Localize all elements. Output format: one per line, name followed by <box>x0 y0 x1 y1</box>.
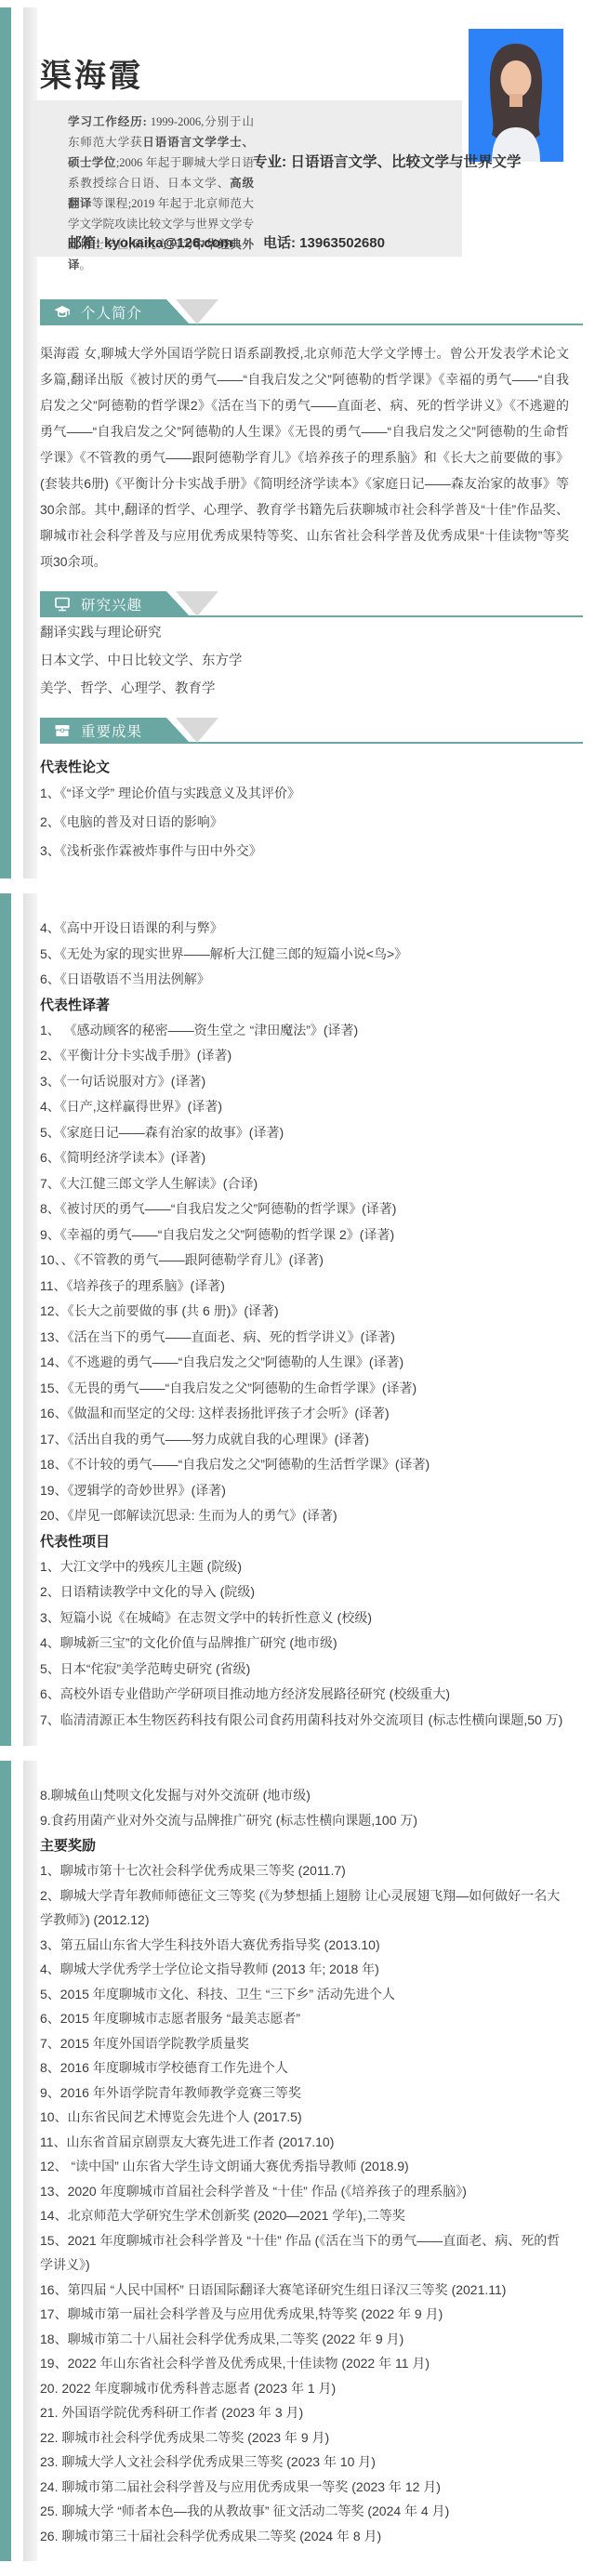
major-label: 专业: <box>253 154 286 170</box>
list-item: 20、《岸见一郎解读沉思录: 生而为人的勇气》(译著) <box>40 1503 569 1529</box>
list-item: 8、2016 年度聊城市学校德育工作先进个人 <box>40 2055 569 2081</box>
list-item: 14、北京师范大学研究生学术创新奖 (2020—2021 学年),二等奖 <box>40 2203 569 2228</box>
list-item: 26. 聊城市第三十届社会科学优秀成果二等奖 (2024 年 8 月) <box>40 2524 569 2549</box>
list-item: 14、《不逃避的勇气——“自我启发之父”阿德勒的人生课》(译著) <box>40 1350 569 1376</box>
list-item: 6、高校外语专业借助产学研项目推动地方经济发展路径研究 (校级重大) <box>40 1682 569 1708</box>
list-item: 4、聊城新三宝”的文化价值与品牌推广研究 (地市级) <box>40 1631 569 1657</box>
list-item: 4、《日产,这样赢得世界》(译著) <box>40 1094 569 1120</box>
list-item: 5、2015 年度聊城市文化、科技、卫生 “三下乡” 活动先进个人 <box>40 1982 569 2007</box>
projects-heading: 代表性项目 <box>40 1529 569 1554</box>
email-value: kyokaika@126.com <box>100 235 232 251</box>
page-edge-shadow <box>23 893 37 1746</box>
list-item: 美学、哲学、心理学、教育学 <box>40 675 569 703</box>
list-item: 5、日本“侘寂”美学范畴史研究 (省级) <box>40 1657 569 1683</box>
list-item: 1、大江文学中的残疾儿主题 (院级) <box>40 1554 569 1580</box>
section-header-interests: 研究兴趣 <box>40 591 569 619</box>
phone-field: 电话: 13963502680 <box>263 232 385 252</box>
list-item: 6、《日语敬语不当用法例解》 <box>40 967 569 993</box>
projects-list-page3: 8.聊城鱼山梵呗文化发掘与对外交流研 (地市级)9.食药用菌产业对外交流与品牌推… <box>40 1783 569 1833</box>
list-item: 5、《无处为家的现实世界——解析大江健三郎的短篇小说<鸟>》 <box>40 942 569 968</box>
briefcase-icon <box>53 721 72 740</box>
section-title: 研究兴趣 <box>81 594 142 614</box>
list-item: 7、2015 年度外国语学院教学质量奖 <box>40 2031 569 2056</box>
list-item: 6、2015 年度聊城市志愿者服务 “最美志愿者” <box>40 2006 569 2031</box>
list-item: 2、聊城大学青年教师师德征文三等奖 (《为梦想插上翅膀 让心灵展翅飞翔—如何做好… <box>40 1883 569 1933</box>
section-ribbon: 个人简介 <box>40 299 191 325</box>
list-item: 3、《一句话说服对方》(译著) <box>40 1069 569 1095</box>
list-item: 8.聊城鱼山梵呗文化发掘与对外交流研 (地市级) <box>40 1783 569 1808</box>
list-item: 7、《大江健三郎文学人生解读》(合译) <box>40 1171 569 1197</box>
papers-heading: 代表性论文 <box>40 757 569 779</box>
list-item: 11、山东省首届京剧票友大赛先进工作者 (2017.10) <box>40 2130 569 2155</box>
list-item: 22. 聊城市社会科学优秀成果二等奖 (2023 年 9 月) <box>40 2425 569 2451</box>
list-item: 21. 外国语学院优秀科研工作者 (2023 年 3 月) <box>40 2400 569 2425</box>
section-header-achievements: 重要成果 <box>40 718 569 746</box>
page-3: 8.聊城鱼山梵呗文化发掘与对外交流研 (地市级)9.食药用菌产业对外交流与品牌推… <box>23 1761 595 2561</box>
papers-list-page2: 4、《高中开设日语课的利与弊》5、《无处为家的现实世界——解析大江健三郎的短篇小… <box>40 916 569 993</box>
phone-label: 电话: <box>263 235 296 251</box>
email-field: 邮箱: kyokaika@126.com <box>68 232 232 252</box>
list-item: 18、聊城市第二十八届社会科学优秀成果,二等奖 (2022 年 9 月) <box>40 2327 569 2352</box>
list-item: 11、《培养孩子的理系脑》(译著) <box>40 1274 569 1300</box>
list-item: 8、《被讨厌的勇气——“自我启发之父”阿德勒的哲学课》(译著) <box>40 1196 569 1222</box>
phone-value: 13963502680 <box>296 235 385 251</box>
left-accent-bar <box>0 893 11 1746</box>
major-value: 日语语言文学、比较文学与世界文学 <box>286 154 521 170</box>
list-item: 19、2022 年山东省社会科学普及优秀成果,十佳读物 (2022 年 11 月… <box>40 2351 569 2376</box>
awards-heading: 主要奖励 <box>40 1833 569 1858</box>
translations-heading: 代表性译著 <box>40 993 569 1018</box>
list-item: 1、 《感动顾客的秘密——资生堂之 “津田魔法”》(译著) <box>40 1018 569 1044</box>
section-title: 重要成果 <box>81 720 142 741</box>
list-item: 19、《逻辑学的奇妙世界》(译著) <box>40 1478 569 1504</box>
list-item: 9、2016 年外语学院青年教师教学竞赛三等奖 <box>40 2081 569 2106</box>
list-item: 17、聊城市第一届社会科学普及与应用优秀成果,特等奖 (2022 年 9 月) <box>40 2302 569 2327</box>
major-field: 专业: 日语语言文学、比较文学与世界文学 <box>253 151 524 174</box>
translations-list: 1、 《感动顾客的秘密——资生堂之 “津田魔法”》(译著)2、《平衡计分卡实战手… <box>40 1018 569 1529</box>
list-item: 18、《不计较的勇气——“自我启发之父”阿德勒的生活哲学课》(译著) <box>40 1452 569 1478</box>
list-item: 16、第四届 “人民中国杯” 日语国际翻译大赛笔译研究生组日译汉三等奖 (202… <box>40 2278 569 2303</box>
list-item: 13、《活在当下的勇气——直面老、病、死的哲学讲义》(译著) <box>40 1325 569 1351</box>
list-item: 10、山东省民间艺术博览会先进个人 (2017.5) <box>40 2105 569 2130</box>
left-accent-bar <box>0 1761 11 2561</box>
page-1: 渠海霞 学习工作经历: 1999-2006,分别于山东师范大学获日语语言文学学士… <box>23 7 595 878</box>
list-item: 3、短篇小说《在城崎》在志贺文学中的转折性意义 (校级) <box>40 1605 569 1631</box>
email-label: 邮箱: <box>68 235 100 251</box>
interests-list: 翻译实践与理论研究日本文学、中日比较文学、东方学美学、哲学、心理学、教育学 <box>40 619 569 703</box>
section-title: 个人简介 <box>81 302 142 323</box>
projects-list-page2: 1、大江文学中的残疾儿主题 (院级)2、日语精读教学中文化的导入 (院级)3、短… <box>40 1554 569 1734</box>
awards-list: 1、聊城市第十七次社会科学优秀成果三等奖 (2011.7)2、聊城大学青年教师师… <box>40 1858 569 2548</box>
list-item: 25. 聊城大学 “师者本色—我的从教故事” 征文活动二等奖 (2024 年 4… <box>40 2499 569 2524</box>
list-item: 1、《“译文学” 理论价值与实践意义及其评价》 <box>40 779 569 808</box>
list-item: 1、聊城市第十七次社会科学优秀成果三等奖 (2011.7) <box>40 1858 569 1883</box>
list-item: 23. 聊城大学人文社会科学优秀成果三等奖 (2023 年 10 月) <box>40 2450 569 2475</box>
list-item: 9、《幸福的勇气——“自我启发之父”阿德勒的哲学课 2》(译著) <box>40 1222 569 1248</box>
list-item: 15、2021 年度聊城市社会科学普及 “十佳” 作品 (《活在当下的勇气——直… <box>40 2228 569 2278</box>
list-item: 4、《高中开设日语课的利与弊》 <box>40 916 569 942</box>
section-ribbon: 重要成果 <box>40 718 191 744</box>
list-item: 16、《做温和而坚定的父母: 这样表扬批评孩子才会听》(译著) <box>40 1401 569 1427</box>
list-item: 12、《长大之前要做的事 (共 6 册)》(译著) <box>40 1299 569 1325</box>
left-accent-bar <box>0 7 11 878</box>
section-header-intro: 个人简介 <box>40 299 569 327</box>
section-ribbon: 研究兴趣 <box>40 591 191 617</box>
list-item: 日本文学、中日比较文学、东方学 <box>40 647 569 675</box>
profile-info-row: 学习工作经历: 1999-2006,分别于山东师范大学获日语语言文学学士、硕士学… <box>40 97 569 292</box>
list-item: 4、聊城大学优秀学士学位论文指导教师 (2013 年; 2018 年) <box>40 1957 569 1982</box>
list-item: 12、 “读中国” 山东省大学生诗文朗诵大赛优秀指导教师 (2018.9) <box>40 2154 569 2179</box>
laptop-icon <box>53 595 72 614</box>
page-2: 4、《高中开设日语课的利与弊》5、《无处为家的现实世界——解析大江健三郎的短篇小… <box>23 893 595 1746</box>
page-edge-shadow <box>23 1761 37 2561</box>
intro-paragraph: 渠海霞 女,聊城大学外国语学院日语系副教授,北京师范大学文学博士。曾公开发表学术… <box>40 340 569 575</box>
list-item: 2、《平衡计分卡实战手册》(译著) <box>40 1043 569 1069</box>
graduation-cap-icon <box>53 303 72 322</box>
list-item: 17、《活出自我的勇气——努力成就自我的心理课》(译著) <box>40 1427 569 1453</box>
list-item: 9.食药用菌产业对外交流与品牌推广研究 (标志性横向课题,100 万) <box>40 1808 569 1833</box>
list-item: 7、临清清源正本生物医药科技有限公司食药用菌科技对外交流项目 (标志性横向课题,… <box>40 1708 569 1734</box>
papers-list-page1: 1、《“译文学” 理论价值与实践意义及其评价》2、《电脑的普及对日语的影响》3、… <box>40 779 569 865</box>
list-item: 3、第五届山东省大学生科技外语大赛优秀指导奖 (2013.10) <box>40 1933 569 1958</box>
list-item: 24. 聊城市第二届社会科学普及与应用优秀成果一等奖 (2023 年 12 月) <box>40 2475 569 2500</box>
list-item: 15、《无畏的勇气——“自我启发之父”阿德勒的生命哲学课》(译著) <box>40 1376 569 1402</box>
list-item: 5、《家庭日记——森有治家的故事》(译著) <box>40 1120 569 1146</box>
list-item: 2、《电脑的普及对日语的影响》 <box>40 808 569 837</box>
list-item: 翻译实践与理论研究 <box>40 619 569 647</box>
list-item: 3、《浅析张作霖被炸事件与田中外交》 <box>40 837 569 865</box>
list-item: 10、、《不管教的勇气——跟阿德勒学育儿》(译著) <box>40 1248 569 1274</box>
list-item: 20. 2022 年度聊城市优秀科普志愿者 (2023 年 1 月) <box>40 2376 569 2401</box>
list-item: 2、日语精读教学中文化的导入 (院级) <box>40 1579 569 1605</box>
list-item: 13、2020 年度聊城市首届社会科学普及 “十佳” 作品 (《培养孩子的理系脑… <box>40 2179 569 2204</box>
list-item: 6、《简明经济学读本》(译著) <box>40 1145 569 1171</box>
